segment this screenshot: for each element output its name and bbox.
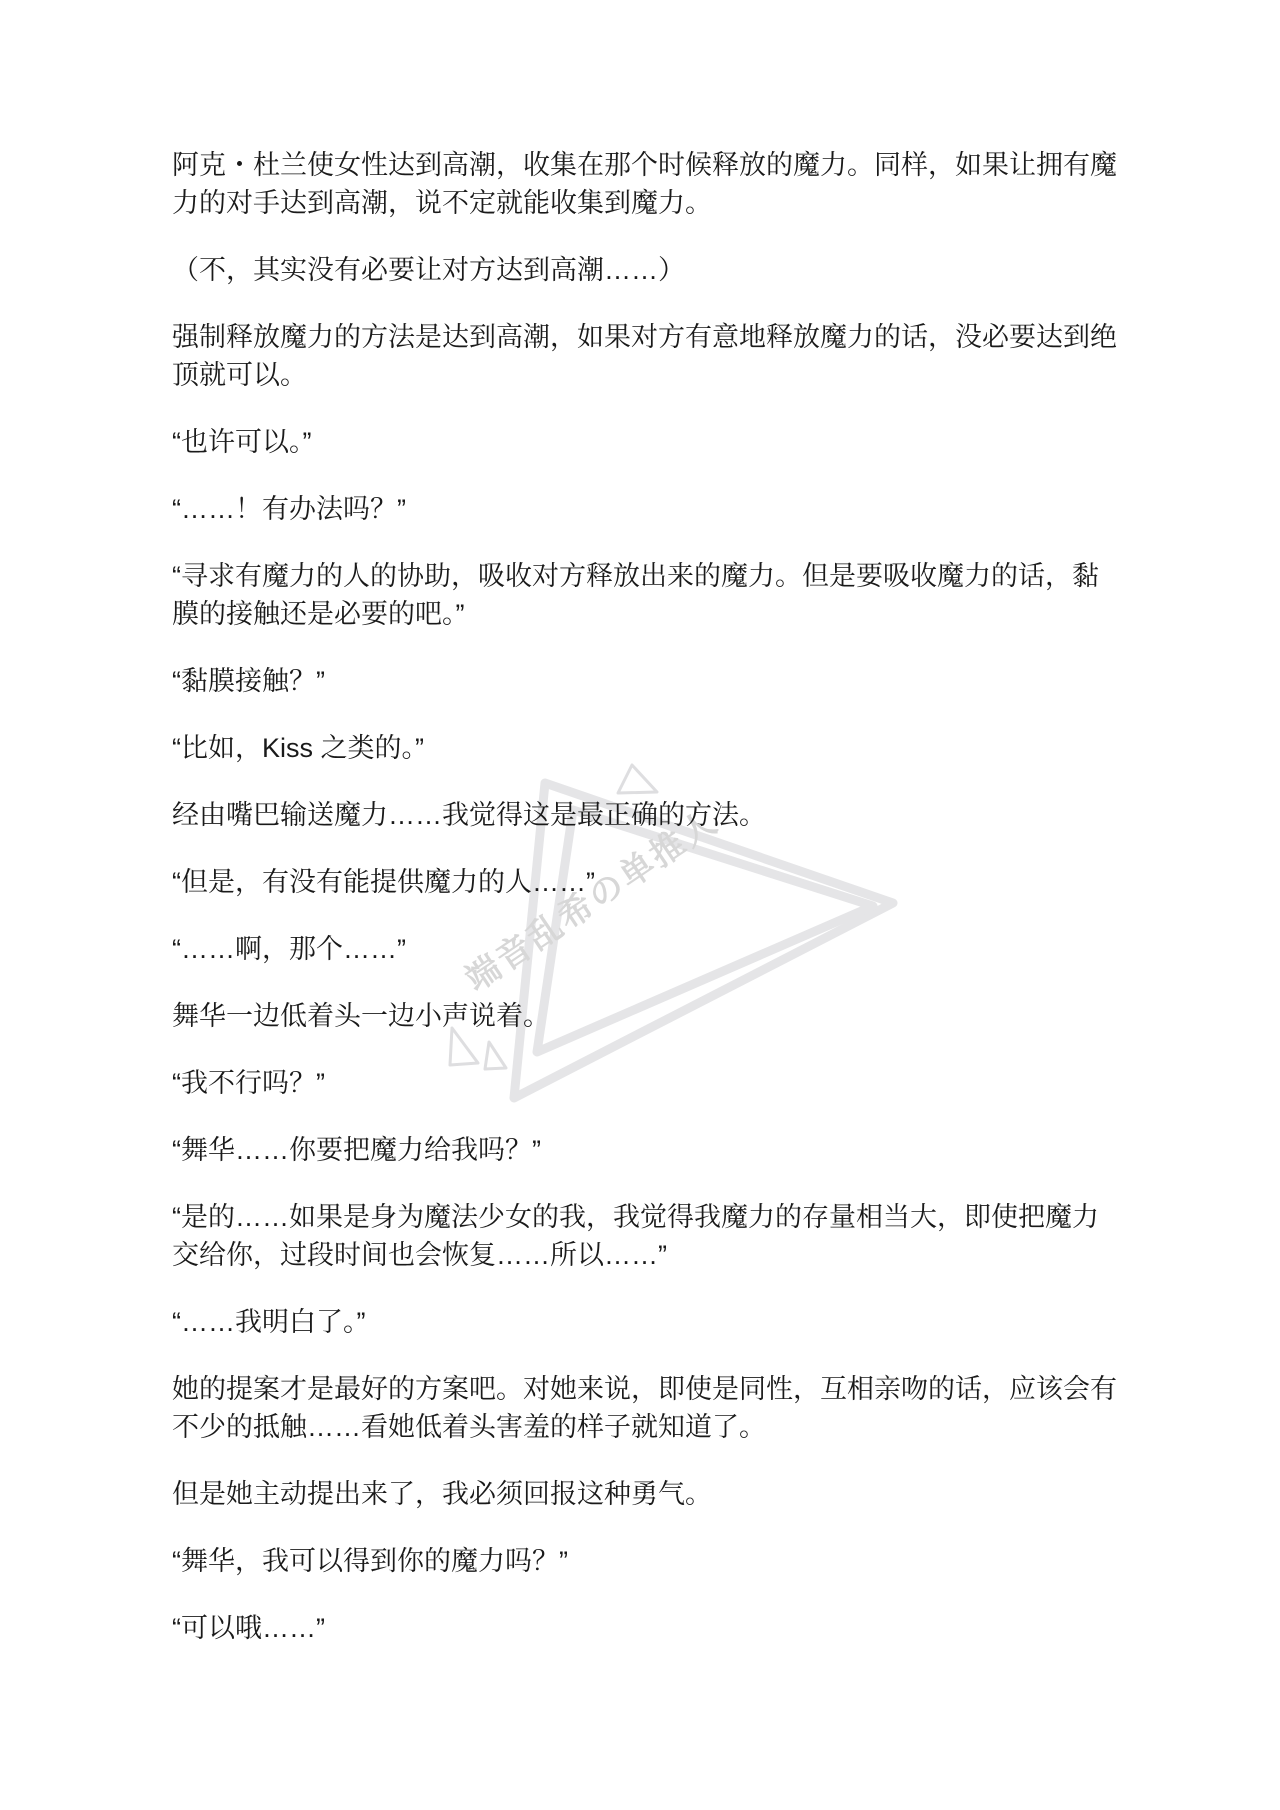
paragraph: 她的提案才是最好的方案吧。对她来说，即使是同性，互相亲吻的话，应该会有不少的抵触… [172,1370,1122,1446]
paragraph: “舞华，我可以得到你的魔力吗？” [172,1542,1122,1580]
paragraph: “是的……如果是身为魔法少女的我，我觉得我魔力的存量相当大，即使把魔力交给你，过… [172,1198,1122,1274]
paragraph: “但是，有没有能提供魔力的人……” [172,863,1122,901]
paragraph: “……啊，那个……” [172,930,1122,968]
paragraph: “比如，Kiss 之类的。” [172,729,1122,767]
paragraph: （不，其实没有必要让对方达到高潮……） [172,251,1122,289]
paragraph: 舞华一边低着头一边小声说着。 [172,997,1122,1035]
paragraph: “……我明白了。” [172,1303,1122,1341]
paragraph: “舞华……你要把魔力给我吗？” [172,1131,1122,1169]
paragraph: 强制释放魔力的方法是达到高潮，如果对方有意地释放魔力的话，没必要达到绝顶就可以。 [172,318,1122,394]
paragraph: “寻求有魔力的人的协助，吸收对方释放出来的魔力。但是要吸收魔力的话，黏膜的接触还… [172,557,1122,633]
paragraph: “也许可以。” [172,423,1122,461]
paragraph: 经由嘴巴输送魔力……我觉得这是最正确的方法。 [172,796,1122,834]
paragraph: “我不行吗？” [172,1064,1122,1102]
paragraph: “黏膜接触？” [172,662,1122,700]
paragraph: 阿克・杜兰使女性达到高潮，收集在那个时候释放的魔力。同样，如果让拥有魔力的对手达… [172,146,1122,222]
novel-text-page: 端音乱希の单推人 阿克・杜兰使女性达到高潮，收集在那个时候释放的魔力。同样，如果… [0,0,1280,1810]
paragraph: 但是她主动提出来了，我必须回报这种勇气。 [172,1475,1122,1513]
paragraph: “……！有办法吗？” [172,490,1122,528]
document-text: 阿克・杜兰使女性达到高潮，收集在那个时候释放的魔力。同样，如果让拥有魔力的对手达… [0,0,1280,1647]
paragraph: “可以哦……” [172,1609,1122,1647]
